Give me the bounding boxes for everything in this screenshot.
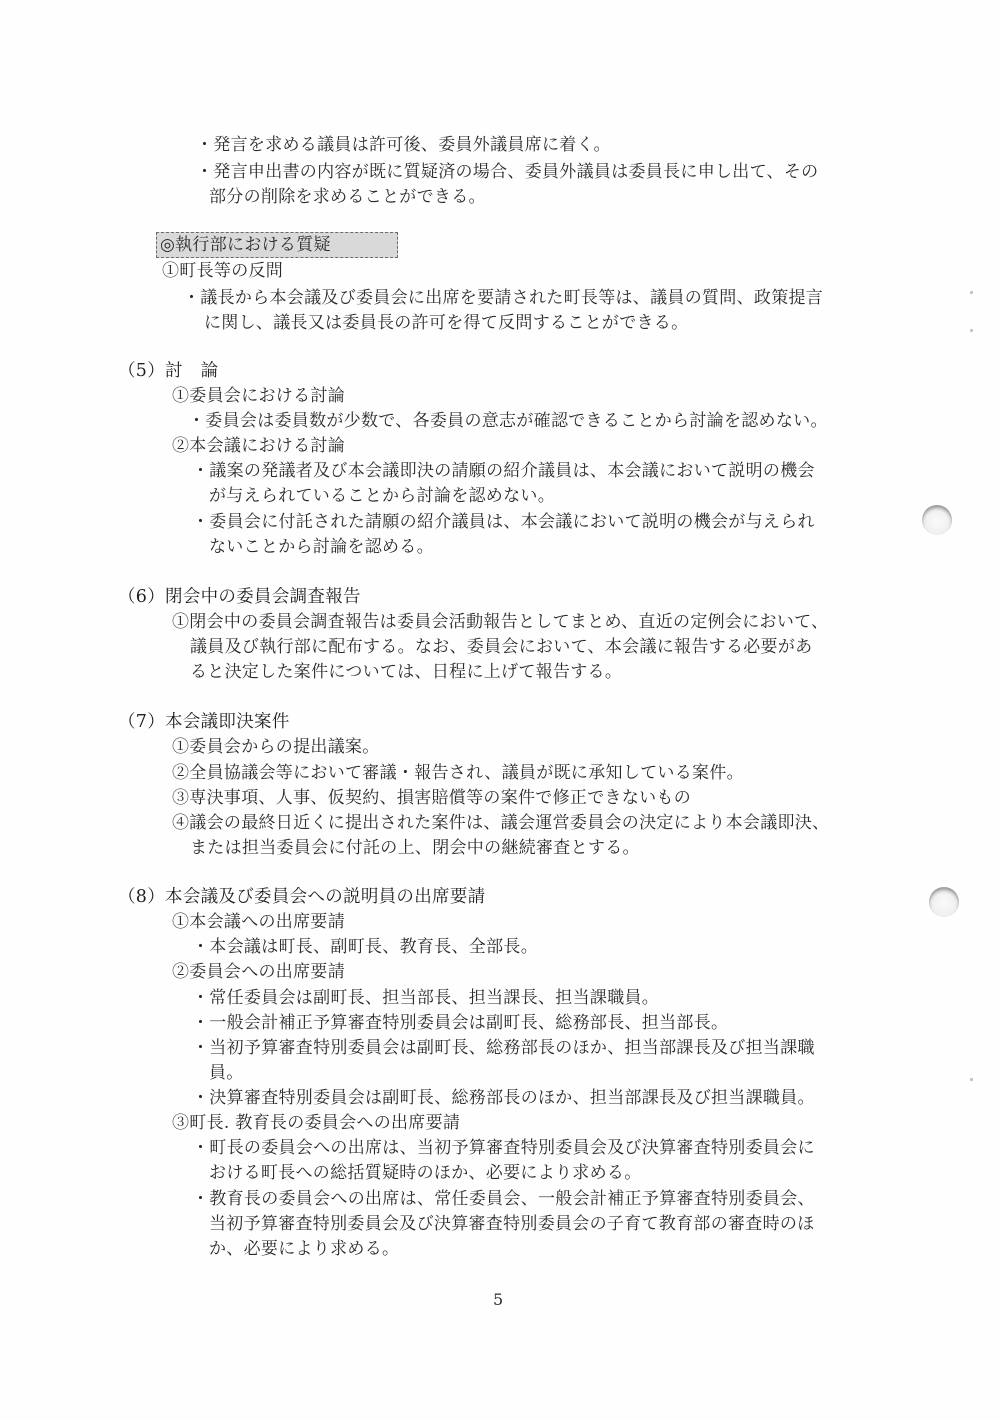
- section8-sub2-title: ②委員会への出席要請: [172, 961, 345, 983]
- section8-sub1-title: ①本会議への出席要請: [172, 911, 345, 933]
- section8-sub2-line1: ・常任委員会は副町長、担当部長、担当課長、担当課職員。: [192, 987, 659, 1009]
- section8-sub2-line3-cont: 員。: [209, 1062, 244, 1084]
- section7-item4-cont: または担当委員会に付託の上、閉会中の継続審査とする。: [190, 837, 640, 859]
- section7-heading: （7）本会議即決案件: [118, 711, 290, 733]
- section5-sub2-line2: が与えられていることから討論を認めない。: [209, 485, 555, 507]
- scan-speck: [970, 1078, 973, 1081]
- section8-sub2-line2: ・一般会計補正予算審査特別委員会は副町長、総務部長、担当部長。: [192, 1012, 728, 1034]
- section8-sub3-line5: か、必要により求める。: [209, 1238, 399, 1260]
- section8-sub3-line4: 当初予算審査特別委員会及び決算審査特別委員会の子育て教育部の審査時のほ: [209, 1213, 815, 1235]
- section8-sub3-title: ③町長. 教育長の委員会への出席要請: [172, 1112, 460, 1134]
- intro-bullet-1: ・発言を求める議員は許可後、委員外議員席に着く。: [196, 134, 611, 156]
- executive-qa-item1-line2: に関し、議長又は委員長の許可を得て反問することができる。: [204, 312, 688, 334]
- section8-sub2-line3: ・当初予算審査特別委員会は副町長、総務部長のほか、担当部課長及び担当課職: [192, 1037, 815, 1059]
- scan-speck: [970, 291, 973, 294]
- punch-hole-artifact-top: [922, 505, 952, 535]
- executive-qa-item1-title: ①町長等の反問: [162, 260, 283, 282]
- page-number: 5: [493, 1290, 503, 1310]
- section5-sub1-line1: ・委員会は委員数が少数で、各委員の意志が確認できることから討論を認めない。: [188, 410, 828, 432]
- executive-qa-item1-line1: ・議長から本会議及び委員会に出席を要請された町長等は、議員の質問、政策提言: [183, 287, 823, 309]
- intro-bullet-2: ・発言申出書の内容が既に質疑済の場合、委員外議員は委員長に申し出て、その: [196, 161, 818, 183]
- section8-sub3-line3: ・教育長の委員会への出席は、常任委員会、一般会計補正予算審査特別委員会、: [192, 1188, 815, 1210]
- section6-line3: ると決定した案件については、日程に上げて報告する。: [190, 661, 622, 683]
- section7-item1: ①委員会からの提出議案。: [172, 736, 380, 758]
- section7-item3: ③専決事項、人事、仮契約、損害賠償等の案件で修正できないもの: [172, 787, 691, 809]
- section5-heading: （5）討 論: [118, 360, 218, 382]
- section5-sub1-title: ①委員会における討論: [172, 385, 345, 407]
- section7-item2: ②全員協議会等において審議・報告され、議員が既に承知している案件。: [172, 762, 744, 784]
- section6-heading: （6）閉会中の委員会調査報告: [118, 586, 361, 608]
- section8-sub3-line1: ・町長の委員会への出席は、当初予算審査特別委員会及び決算審査特別委員会に: [192, 1137, 815, 1159]
- scan-speck: [970, 329, 973, 332]
- punch-hole-artifact-bottom: [929, 887, 959, 917]
- section5-sub2-line4: ないことから討論を認める。: [209, 536, 434, 558]
- section5-sub2-title: ②本会議における討論: [172, 435, 345, 457]
- executive-qa-box-title: ◎執行部における質疑: [160, 234, 331, 256]
- intro-bullet-2-cont: 部分の削除を求めることができる。: [209, 186, 486, 208]
- section5-sub2-line3: ・委員会に付託された請願の紹介議員は、本会議において説明の機会が与えられ: [192, 511, 815, 533]
- section8-heading: （8）本会議及び委員会への説明員の出席要請: [118, 886, 485, 908]
- section6-line2: 議員及び執行部に配布する。なお、委員会において、本会議に報告する必要があ: [190, 636, 812, 658]
- section5-sub2-line1: ・議案の発議者及び本会議即決の請願の紹介議員は、本会議において説明の機会: [192, 460, 815, 482]
- section7-item4: ④議会の最終日近くに提出された案件は、議会運営委員会の決定により本会議即決、: [172, 812, 829, 834]
- document-page: ・発言を求める議員は許可後、委員外議員席に着く。 ・発言申出書の内容が既に質疑済…: [0, 0, 1000, 1420]
- section6-line1: ①閉会中の委員会調査報告は委員会活動報告としてまとめ、直近の定例会において、: [172, 611, 828, 633]
- section8-sub3-line2: おける町長への総括質疑時のほか、必要により求める。: [209, 1162, 642, 1184]
- section8-sub1-line1: ・本会議は町長、副町長、教育長、全部長。: [192, 936, 538, 958]
- section8-sub2-line4: ・決算審査特別委員会は副町長、総務部長のほか、担当部課長及び担当課職員。: [192, 1087, 815, 1109]
